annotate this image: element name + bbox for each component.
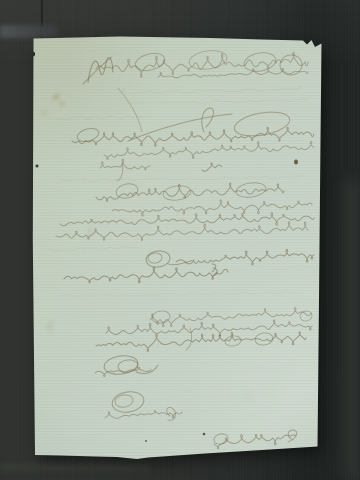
handwritten-line-para1-line3 (100, 159, 150, 169)
handwritten-line-para1-line2 (104, 141, 314, 159)
flourish-stroke-2 (83, 57, 112, 84)
ink-bleed-line-bleed-2 (130, 97, 307, 104)
handwritten-line-para1-line1 (72, 127, 314, 146)
handwritten-line-dateline-2 (64, 267, 228, 283)
handwritten-line-para2-line3 (60, 213, 314, 226)
paper-shadow (0, 0, 360, 480)
flourish-loop-16 (103, 354, 139, 377)
handwritten-line-para2-line4 (56, 222, 308, 241)
ink-speck-4 (145, 440, 147, 442)
flourish-stroke-4 (202, 108, 214, 132)
handwritten-line-note-line1 (150, 308, 311, 327)
ink-bleed-line-bleed-6 (60, 289, 302, 297)
handwritten-line-para2-line2 (112, 200, 312, 216)
handwritten-line-heading-flourish (96, 52, 308, 77)
flourish-stroke-8 (186, 328, 192, 350)
ink-bleed-line-bleed-4 (60, 176, 302, 182)
handwritten-ink-layer (0, 0, 360, 480)
ink-bleed-line-bleed-5 (46, 247, 142, 251)
handwritten-line-heading-subscript (158, 68, 308, 77)
handwritten-line-dateline-1 (176, 249, 314, 265)
flourish-loop-10 (151, 310, 170, 324)
ink-speck-1 (31, 52, 35, 57)
handwritten-line-paraph-line (105, 411, 182, 419)
ink-speck-3 (203, 433, 206, 436)
flourish-stroke-1 (88, 57, 113, 82)
flourish-loop-18 (111, 389, 146, 414)
flourish-loop-1 (134, 51, 167, 74)
ink-speck-2 (294, 160, 298, 165)
manuscript-paper (0, 0, 360, 480)
flourish-loop-11 (224, 335, 241, 347)
handwritten-line-note-line3 (96, 332, 306, 351)
ink-speck-5 (36, 165, 39, 168)
manuscript-photo (0, 0, 360, 480)
flourish-loop-14 (145, 249, 171, 268)
handwritten-line-para1-line3b (202, 163, 222, 171)
flourish-stroke-3 (128, 114, 232, 141)
ink-bleed-line-bleed-1 (120, 86, 302, 94)
flourish-stroke-7 (118, 88, 142, 132)
handwritten-line-note-line2 (106, 320, 312, 336)
